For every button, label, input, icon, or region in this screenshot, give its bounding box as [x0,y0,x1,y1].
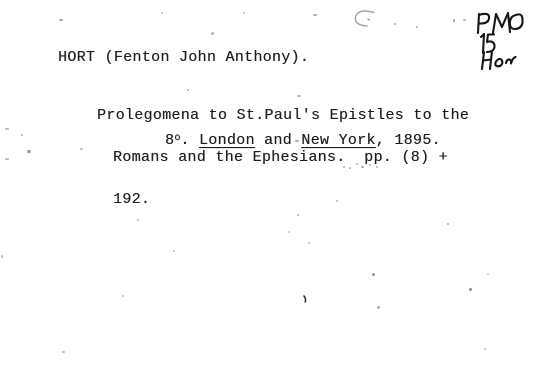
scan-speck [453,19,455,22]
scan-speck [295,140,299,142]
scan-speck [297,214,299,216]
scan-speck [308,242,310,244]
title-paragraph: Prolegomena to St.Paul's Epistles to the… [97,81,469,235]
scan-speck [27,150,31,153]
faint-circle-mark [355,11,374,26]
scan-speck [137,219,139,221]
scan-speck [394,23,396,25]
title-line-3: 192. [113,193,469,207]
scan-speck [343,166,345,168]
scan-speck [447,223,449,225]
handwriting-ink [478,13,523,69]
scan-speck [469,288,472,291]
scan-speck [372,273,375,276]
scan-speck [5,128,9,130]
imprint-separator: . [180,132,199,149]
place-london: London [199,132,255,149]
scan-speck [487,273,489,275]
scan-speck [5,158,9,160]
scan-speck [377,306,380,309]
imprint-year: , 1895. [376,132,441,149]
scan-speck [349,167,351,169]
title-line-2: Romans and the Ephesians. pp. (8) + [113,151,469,165]
scan-speck [416,26,418,28]
scan-speck [288,231,290,233]
scan-speck [369,164,371,166]
scan-speck [484,348,486,350]
place-new-york: New York [301,132,375,149]
scan-speck [211,32,214,35]
scan-speck [376,166,378,168]
scan-speck [173,250,175,252]
scan-speck [161,12,163,14]
format-numeral: 8 [165,132,174,149]
scan-speck [297,95,301,97]
ink-fleck [304,296,306,302]
scan-speck [1,255,3,258]
title-line-1: Prolegomena to St.Paul's Epistles to the [97,109,469,123]
scan-speck [313,14,317,16]
scan-speck [122,295,124,297]
scan-speck [463,19,466,21]
scan-speck [21,134,23,136]
scan-speck [356,163,358,165]
catalog-card: HORT (Fenton John Anthony). Prolegomena … [0,0,550,374]
scan-speck [187,89,189,91]
scan-speck [243,12,245,14]
scan-speck [80,148,83,150]
scan-speck [59,19,63,21]
scan-speck [361,166,364,168]
scan-speck [336,200,338,202]
imprint-line: 8o. London and New York, 1895. [165,134,441,148]
scan-speck [62,351,65,353]
author-heading: HORT (Fenton John Anthony). [58,51,309,65]
